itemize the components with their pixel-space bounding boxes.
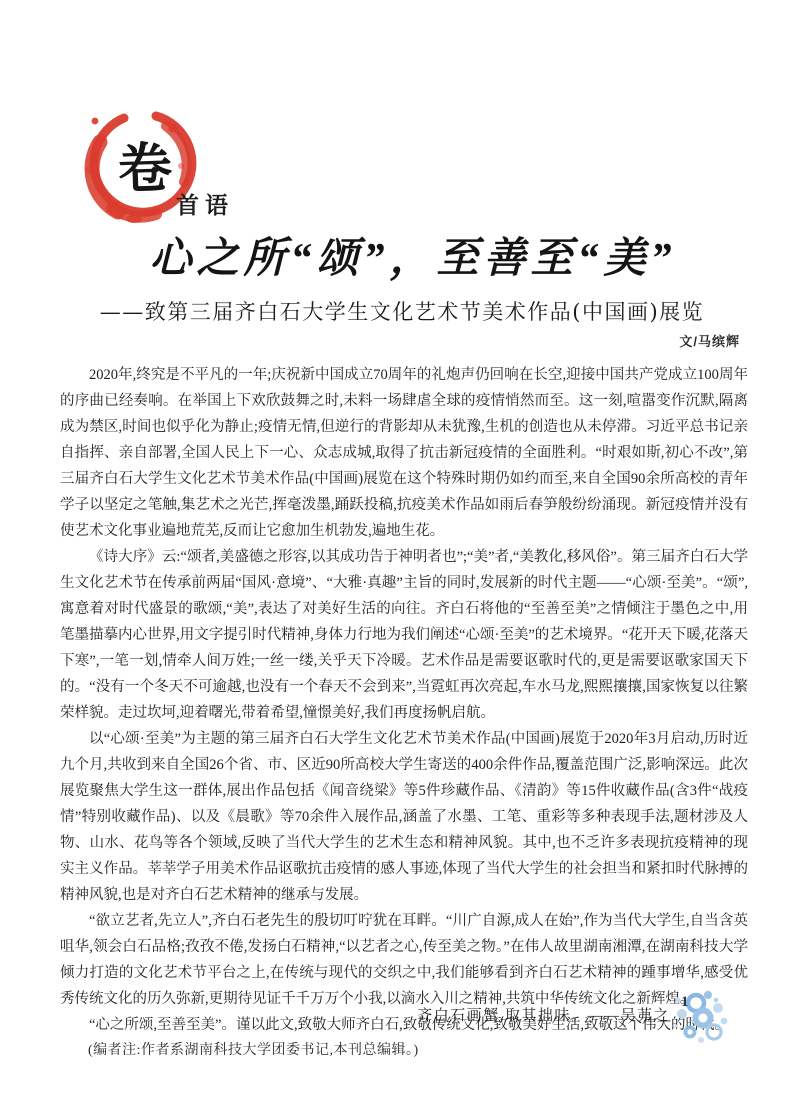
- page-number: 1: [681, 994, 689, 1011]
- author-byline: 文/马缤辉: [679, 331, 740, 350]
- editor-note: (编者注:作者系湖南科技大学团委书记,本刊总编辑。): [60, 1038, 748, 1064]
- body-paragraph: 《诗大序》云:“颂者,美盛德之形容,以其成功告于神明者也”;“美”者,“美教化,…: [60, 544, 748, 726]
- article-body: 2020年,终究是不平凡的一年;庆祝新中国成立70周年的礼炮声仍回响在长空,迎接…: [60, 362, 748, 1064]
- seal-character: 卷: [117, 141, 173, 197]
- kicker-label: 首语: [176, 187, 234, 220]
- body-paragraph: 2020年,终究是不平凡的一年;庆祝新中国成立70周年的礼炮声仍回响在长空,迎接…: [60, 362, 748, 544]
- page-title-calligraphy: 心之所“颂”，至善至“美”: [0, 236, 804, 282]
- body-paragraph: “欲立艺者,先立人”,齐白石老先生的殷切叮咛犹在耳畔。“川广自源,成人在始”,作…: [60, 908, 748, 1012]
- magazine-preface-page: 卷 首语 心之所“颂”，至善至“美” ——致第三届齐白石大学生文化艺术节美术作品…: [0, 0, 804, 1099]
- footer-quote: 齐白石画蟹,取其拙味。——吴茀之: [417, 1004, 670, 1025]
- page-subtitle: ——致第三届齐白石大学生文化艺术节美术作品(中国画)展览: [0, 296, 804, 326]
- body-paragraph: 以“心颂·至美”为主题的第三届齐白石大学生文化艺术节美术作品(中国画)展览于20…: [60, 726, 748, 908]
